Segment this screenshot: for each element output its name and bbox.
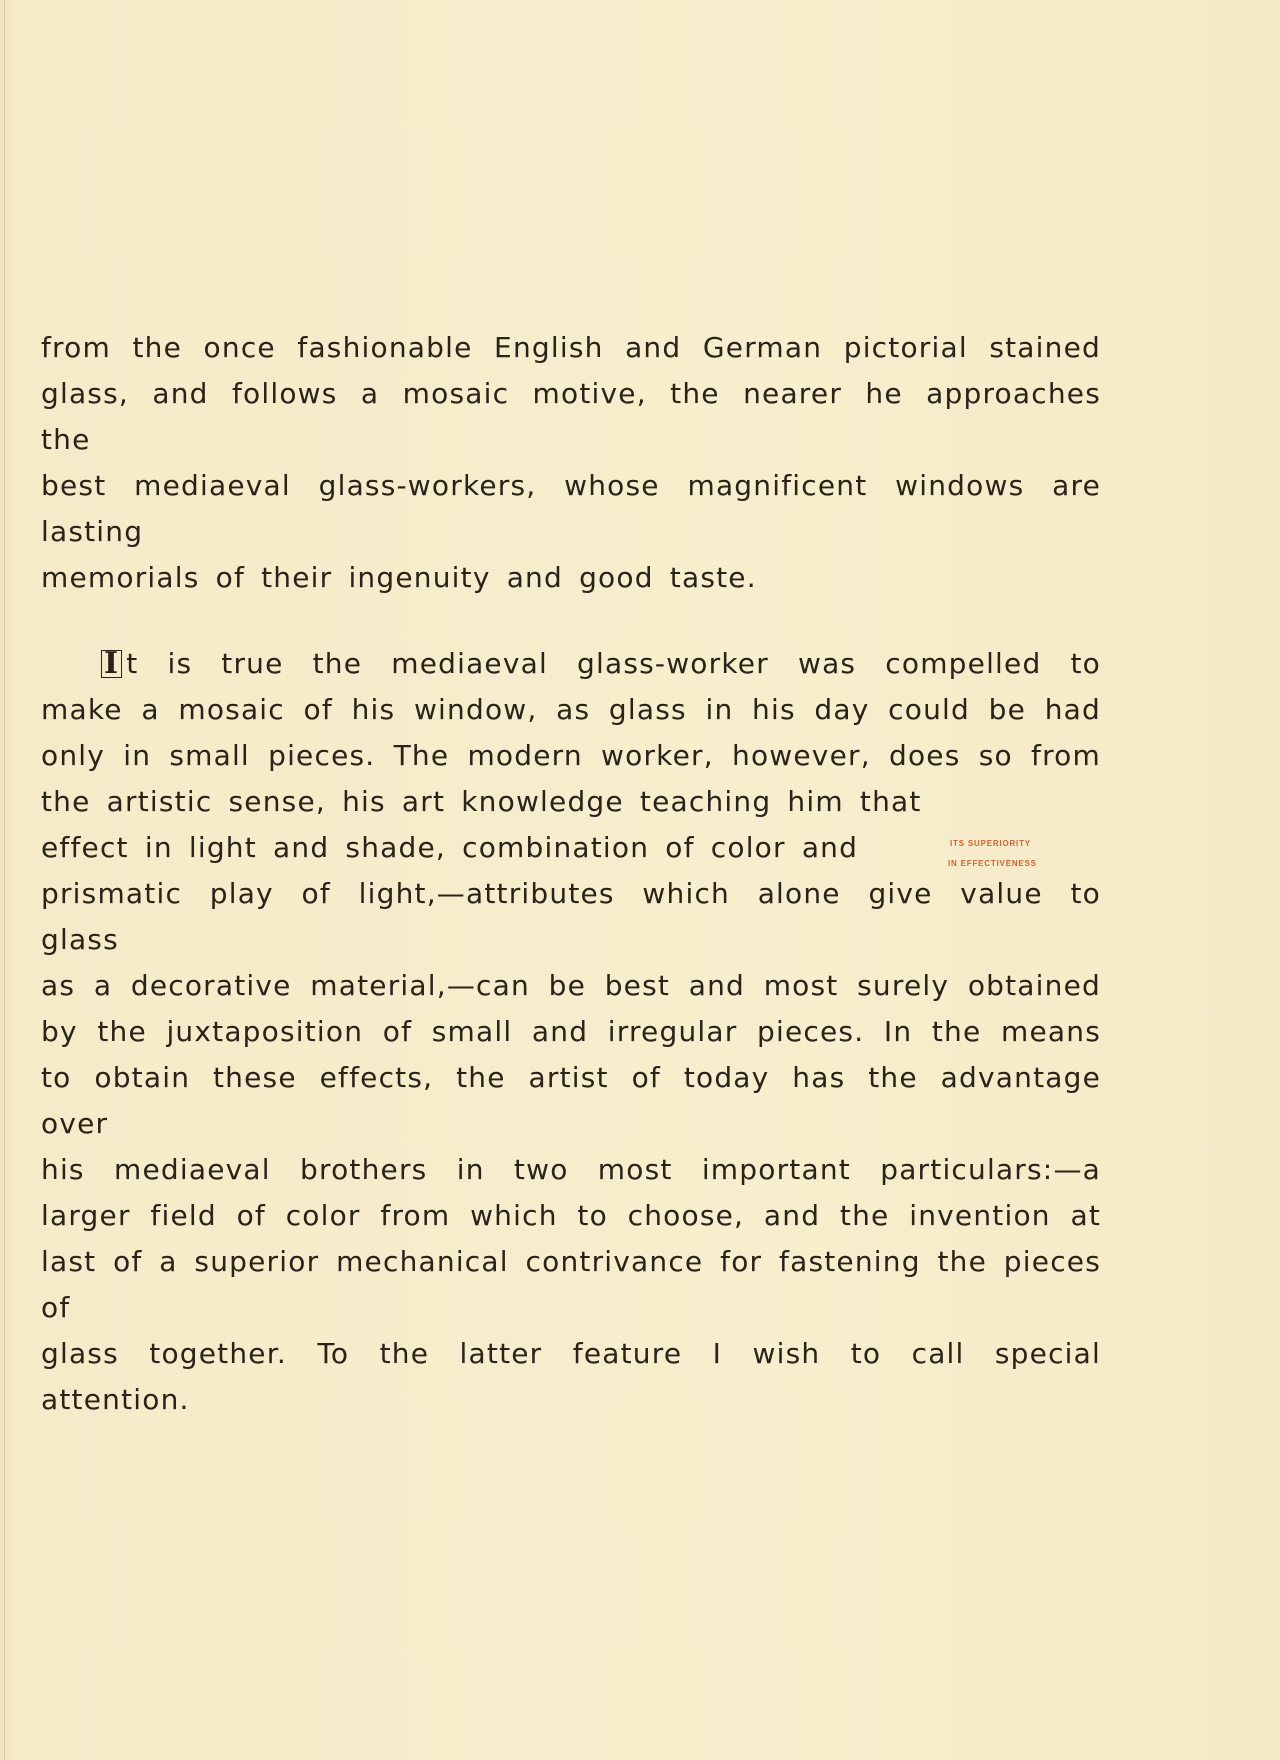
- page-edge: [4, 0, 5, 1760]
- text-line: from the once fashionable English and Ge…: [41, 325, 1101, 371]
- text-line: glass together. To the latter feature I …: [41, 1331, 1101, 1423]
- paragraph-2: It is true the mediaeval glass-worker wa…: [41, 641, 1101, 1423]
- text-line: glass, and follows a mosaic motive, the …: [41, 371, 1101, 463]
- text-line: memorials of their ingenuity and good ta…: [41, 555, 1101, 601]
- text-line-first: It is true the mediaeval glass-worker wa…: [41, 641, 1101, 687]
- text-line: his mediaeval brothers in two most impor…: [41, 1147, 1101, 1193]
- text-line: effect in light and shade, combination o…: [41, 825, 1101, 871]
- text-line: prismatic play of light,—attributes whic…: [41, 871, 1101, 963]
- drop-cap: I: [101, 650, 122, 678]
- text-line: best mediaeval glass-workers, whose magn…: [41, 463, 1101, 555]
- text-line: larger field of color from which to choo…: [41, 1193, 1101, 1239]
- text-line: only in small pieces. The modern worker,…: [41, 733, 1101, 779]
- text-line: the artistic sense, his art knowledge te…: [41, 779, 1101, 825]
- book-page: from the once fashionable English and Ge…: [0, 0, 1280, 1760]
- text-line: to obtain these effects, the artist of t…: [41, 1055, 1101, 1147]
- text-line-rest: t is true the mediaeval glass-worker was…: [126, 647, 1101, 680]
- paragraph-1: from the once fashionable English and Ge…: [41, 325, 1101, 601]
- text-line: by the juxtaposition of small and irregu…: [41, 1009, 1101, 1055]
- text-line: make a mosaic of his window, as glass in…: [41, 687, 1101, 733]
- marginal-note: Its Superiority in Effectiveness: [950, 834, 1140, 874]
- marginal-note-line-1: Its Superiority: [950, 834, 1140, 854]
- text-line: as a decorative material,—can be best an…: [41, 963, 1101, 1009]
- body-text: from the once fashionable English and Ge…: [41, 325, 1101, 1423]
- marginal-note-line-2: in Effectiveness: [948, 854, 1140, 874]
- text-line: last of a superior mechanical contrivanc…: [41, 1239, 1101, 1331]
